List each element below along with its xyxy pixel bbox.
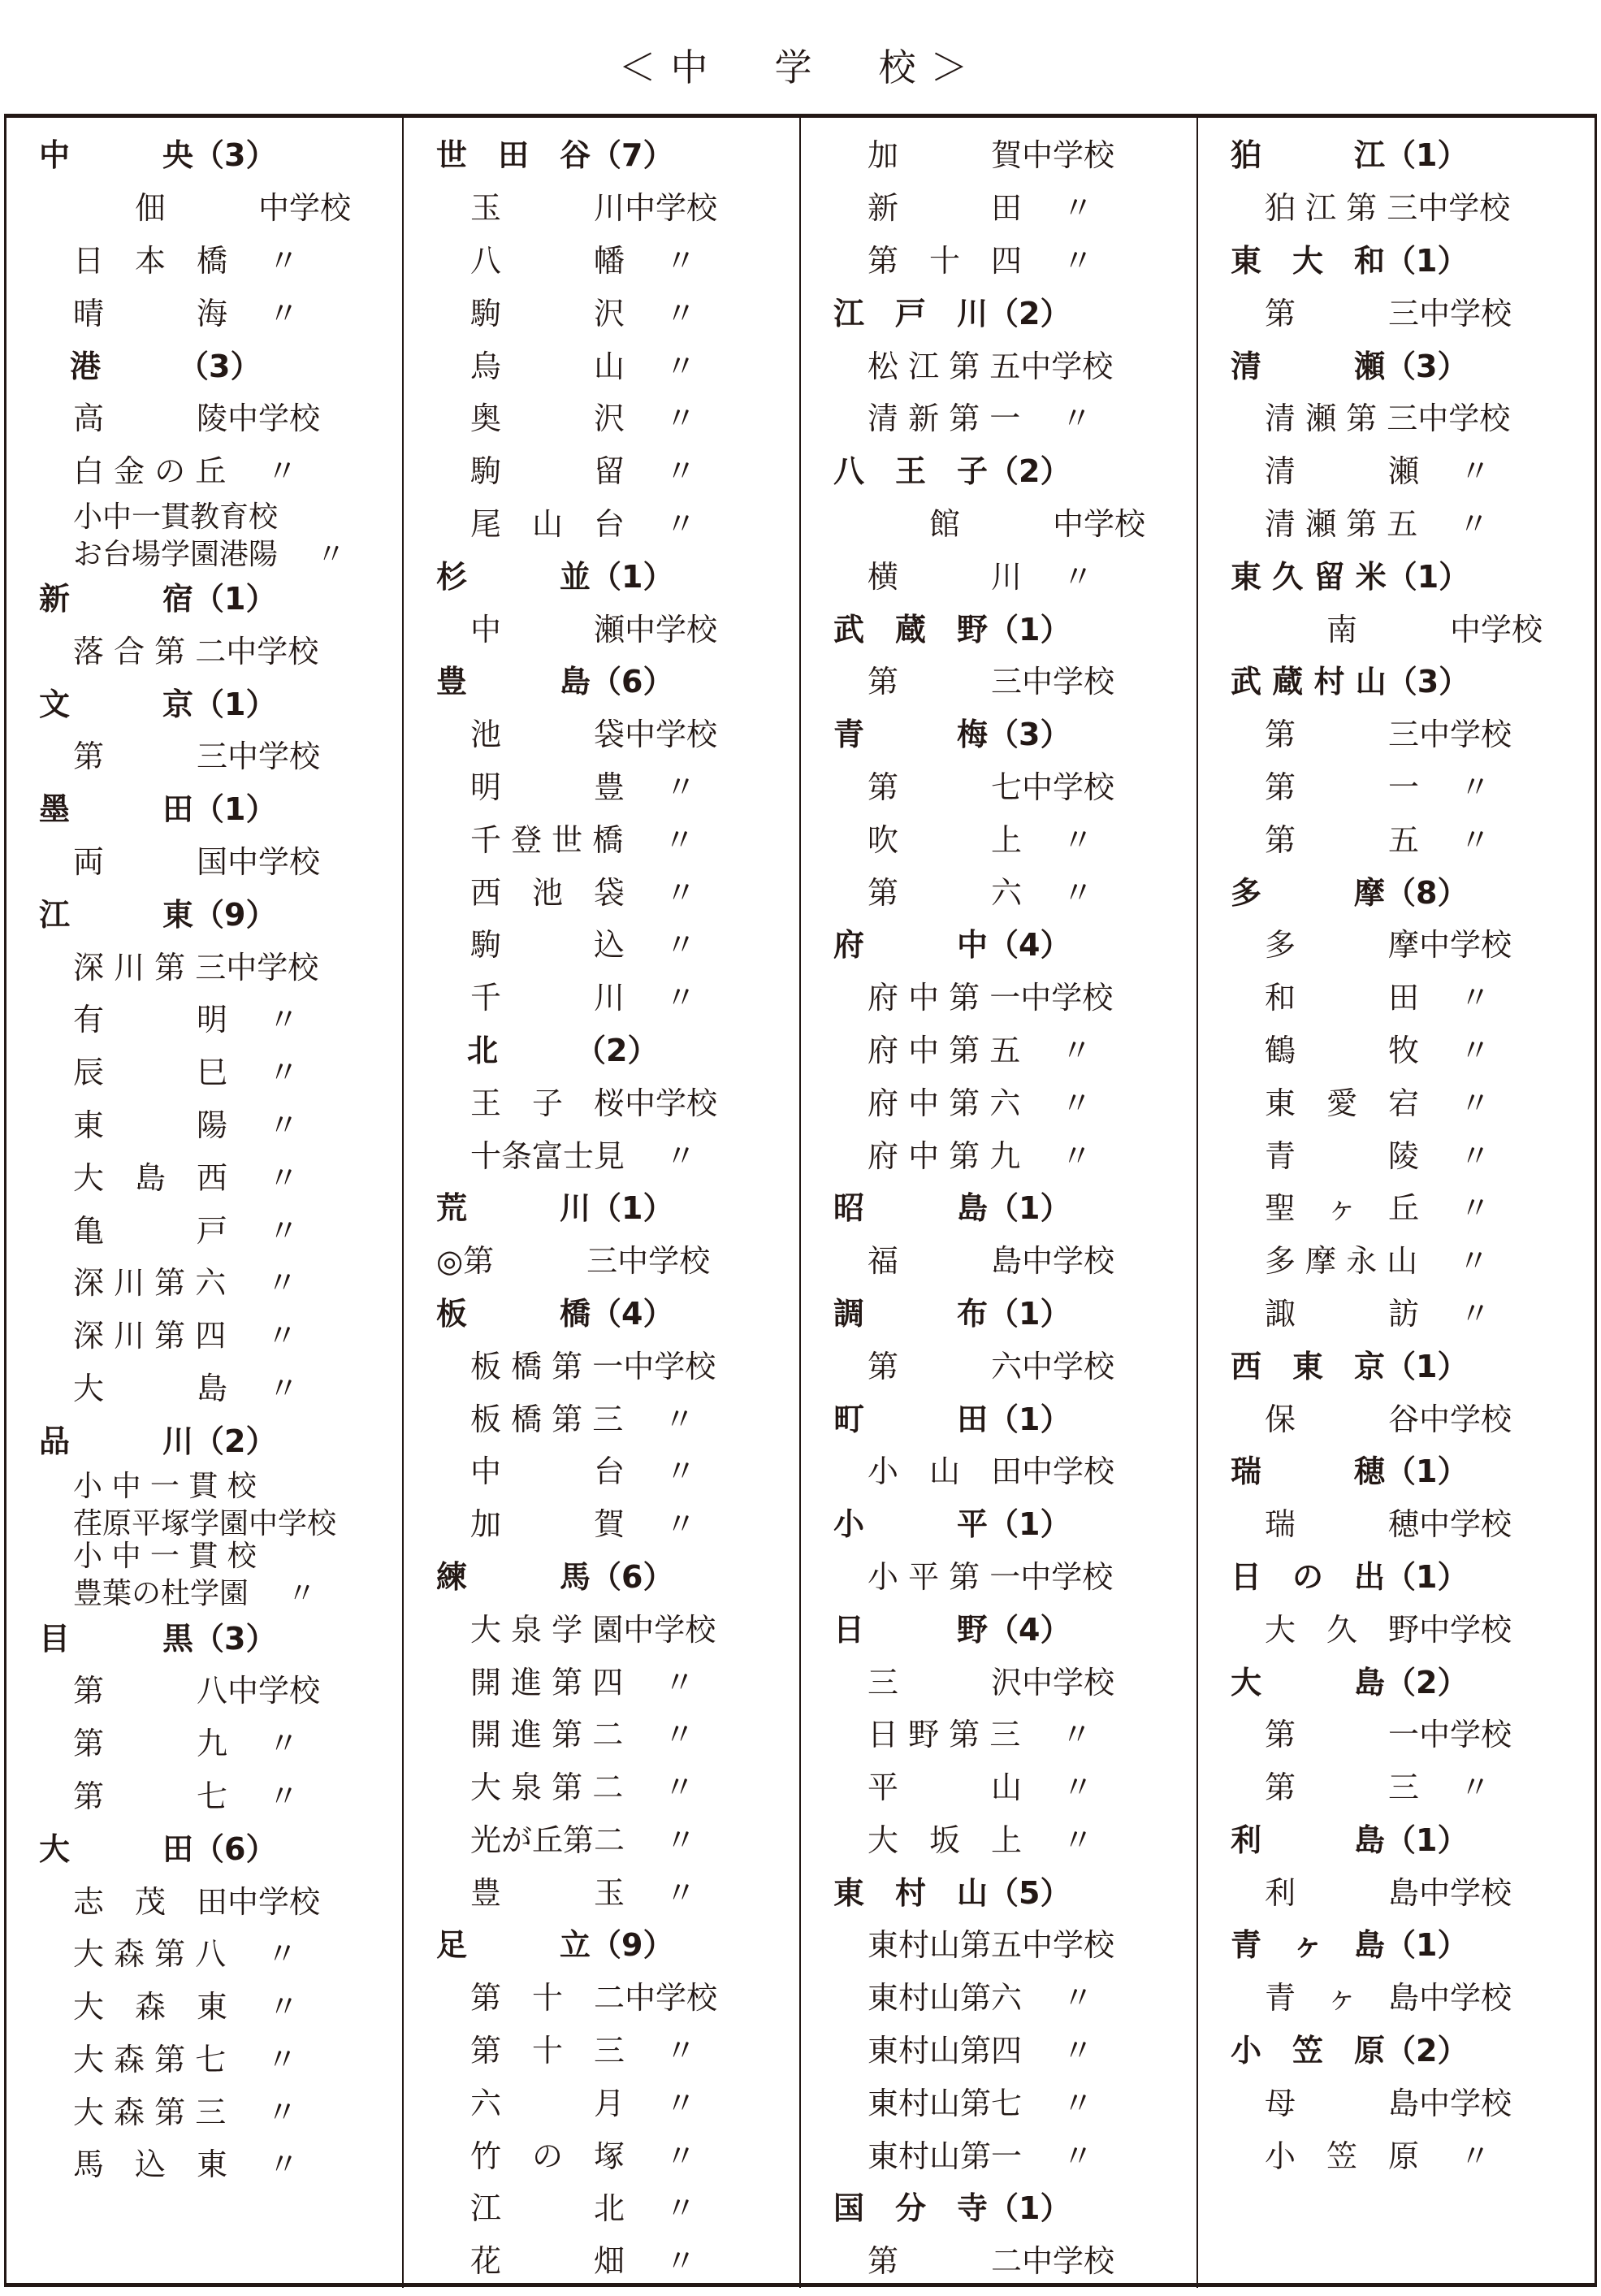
school-row: 平 山 〃 (801, 1761, 1196, 1814)
school-row: 小 山 田中学校 (801, 1445, 1196, 1498)
district-header: 墨 田（1） (6, 783, 402, 836)
school-row: 大 森 第 三 〃 (6, 2086, 402, 2138)
school-row: 和 田 〃 (1198, 972, 1595, 1025)
district-header: 世 田 谷（7） (404, 129, 799, 182)
school-row: 竹 の 塚 〃 (404, 2129, 799, 2182)
school-row: 板 橋 第 三 〃 (404, 1393, 799, 1445)
school-row: 開 進 第 四 〃 (404, 1656, 799, 1709)
school-name-line-1: 小 中 一 貫 校 (73, 1468, 257, 1505)
school-row: 青 陵 〃 (1198, 1129, 1595, 1182)
school-row: 府 中 第 一中学校 (801, 972, 1196, 1025)
school-row: 加 賀中学校 (801, 129, 1196, 182)
school-row: 十条富士見 〃 (404, 1129, 799, 1182)
school-row: 第 三中学校 (1198, 287, 1595, 340)
district-header: 練 馬（6） (404, 1551, 799, 1604)
school-row: 大 森 東 〃 (6, 1981, 402, 2034)
school-row: 第 七中学校 (801, 761, 1196, 814)
district-header: 中 央（3） (6, 129, 402, 182)
school-row: 府 中 第 九 〃 (801, 1129, 1196, 1182)
district-header: 多 摩（8） (1198, 866, 1595, 919)
district-header: 東 久 留 米（1） (1198, 550, 1595, 603)
district-header: 杉 並（1） (404, 550, 799, 603)
school-row: 青 ヶ 島中学校 (1198, 1972, 1595, 2025)
school-row: 第 三 〃 (1198, 1761, 1595, 1814)
school-row: 横 川 〃 (801, 550, 1196, 603)
school-row: 中 瀬中学校 (404, 603, 799, 656)
school-row: 白 金 の 丘 〃 (6, 445, 402, 498)
school-row: 大 泉 学 園中学校 (404, 1603, 799, 1656)
district-header: 北 （2） (404, 1025, 799, 1077)
district-header: 板 橋（4） (404, 1288, 799, 1341)
school-row: 鶴 牧 〃 (1198, 1025, 1595, 1077)
school-row: 東村山第五中学校 (801, 1919, 1196, 1972)
school-row: 瑞 穂中学校 (1198, 1498, 1595, 1551)
district-header: 青 梅（3） (801, 708, 1196, 761)
district-header: 新 宿（1） (6, 573, 402, 626)
school-row: 第 三中学校 (1198, 708, 1595, 761)
district-header: 利 島（1） (1198, 1814, 1595, 1867)
school-row: 中 台 〃 (404, 1445, 799, 1498)
school-row: 府 中 第 五 〃 (801, 1025, 1196, 1077)
district-header: 清 瀬（3） (1198, 340, 1595, 392)
school-row: 加 賀 〃 (404, 1498, 799, 1551)
school-row: 清 瀬 第 三中学校 (1198, 392, 1595, 445)
school-row: 第 九 〃 (6, 1718, 402, 1770)
school-row: 六 月 〃 (404, 2077, 799, 2129)
school-row: 晴 海 〃 (6, 287, 402, 340)
school-row: 母 島中学校 (1198, 2077, 1595, 2129)
school-row: 館 中学校 (801, 498, 1196, 551)
district-header: 東 大 和（1） (1198, 235, 1595, 288)
school-row: 清 瀬 〃 (1198, 445, 1595, 498)
school-name-line-2: お台場学園港陽 〃 (73, 536, 345, 574)
district-header: 狛 江（1） (1198, 129, 1595, 182)
district-header: 青 ヶ 島（1） (1198, 1919, 1595, 1972)
school-row: 志 茂 田中学校 (6, 1875, 402, 1928)
school-row: 第 十 四 〃 (801, 235, 1196, 288)
school-row: 東 陽 〃 (6, 1099, 402, 1152)
district-header: 目 黒（3） (6, 1612, 402, 1665)
school-row: 烏 山 〃 (404, 340, 799, 392)
school-row: 新 田 〃 (801, 182, 1196, 235)
school-row: 福 島中学校 (801, 1235, 1196, 1288)
school-row: 日 野 第 三 〃 (801, 1709, 1196, 1761)
district-header: 小 笠 原（2） (1198, 2025, 1595, 2077)
school-row: 大 島 〃 (6, 1362, 402, 1415)
school-row: 小 笠 原 〃 (1198, 2129, 1595, 2182)
school-row: 南 中学校 (1198, 603, 1595, 656)
district-header: 日 の 出（1） (1198, 1551, 1595, 1604)
school-row: 府 中 第 六 〃 (801, 1077, 1196, 1129)
school-row: 小 中 一 貫 校豊葉の杜学園 〃 (6, 1544, 402, 1607)
district-header: 文 京（1） (6, 678, 402, 730)
district-header: 東 村 山（5） (801, 1866, 1196, 1919)
school-row: 花 畑 〃 (404, 2235, 799, 2288)
school-row: 八 幡 〃 (404, 235, 799, 288)
school-name-line-1: 小中一貫教育校 (73, 499, 278, 536)
school-row: 大 泉 第 二 〃 (404, 1761, 799, 1814)
school-table: 中 央（3） 佃 中学校日 本 橋 〃晴 海 〃 港 （3）高 陵中学校白 金 … (4, 114, 1597, 2287)
district-header: 調 布（1） (801, 1288, 1196, 1341)
district-header: 荒 川（1） (404, 1182, 799, 1235)
school-row: 大 島 西 〃 (6, 1151, 402, 1204)
school-row: 第 十 三 〃 (404, 2025, 799, 2077)
school-row: 多 摩中学校 (1198, 919, 1595, 972)
school-row: 亀 戸 〃 (6, 1204, 402, 1257)
school-row: 第 八中学校 (6, 1665, 402, 1718)
district-header: 日 野（4） (801, 1603, 1196, 1656)
school-row-marked: ◎第 三中学校 (404, 1235, 799, 1288)
school-row: 清 瀬 第 五 〃 (1198, 498, 1595, 551)
school-row: 東村山第四 〃 (801, 2025, 1196, 2077)
district-header: 武 蔵 野（1） (801, 603, 1196, 656)
school-row: 高 陵中学校 (6, 392, 402, 445)
school-row: 日 本 橋 〃 (6, 235, 402, 288)
school-row: 駒 沢 〃 (404, 287, 799, 340)
school-row: 池 袋中学校 (404, 708, 799, 761)
school-row: 清 新 第 一 〃 (801, 392, 1196, 445)
school-row: 尾 山 台 〃 (404, 498, 799, 551)
school-row: 東 愛 宕 〃 (1198, 1077, 1595, 1129)
school-row: 王 子 桜中学校 (404, 1077, 799, 1129)
district-header: 西 東 京（1） (1198, 1340, 1595, 1393)
school-row: 開 進 第 二 〃 (404, 1709, 799, 1761)
school-row: 第 三中学校 (801, 656, 1196, 708)
school-row: 豊 玉 〃 (404, 1866, 799, 1919)
school-row: 第 七 〃 (6, 1770, 402, 1823)
district-header: 足 立（9） (404, 1919, 799, 1972)
school-row: 両 国中学校 (6, 836, 402, 889)
school-name-line-2: 豊葉の杜学園 〃 (73, 1575, 316, 1613)
school-row: 奥 沢 〃 (404, 392, 799, 445)
school-row: 利 島中学校 (1198, 1866, 1595, 1919)
school-row: 明 豊 〃 (404, 761, 799, 814)
school-name-line-1: 小 中 一 貫 校 (73, 1538, 257, 1575)
school-row: 三 沢中学校 (801, 1656, 1196, 1709)
district-header: 瑞 穂（1） (1198, 1445, 1595, 1498)
column-3: 加 賀中学校新 田 〃第 十 四 〃江 戸 川（2）松 江 第 五中学校清 新 … (801, 118, 1198, 2288)
school-row: 第 一中学校 (1198, 1709, 1595, 1761)
school-row: 小 中 一 貫 校荏原平塚学園中学校 (6, 1474, 402, 1537)
school-row: 第 三中学校 (6, 730, 402, 783)
school-row: 大 森 第 八 〃 (6, 1928, 402, 1981)
district-header: 江 戸 川（2） (801, 287, 1196, 340)
school-row: 深 川 第 三中学校 (6, 941, 402, 994)
district-header: 武 蔵 村 山（3） (1198, 656, 1595, 708)
page-title: ＜中 学 校＞ (0, 39, 1601, 96)
school-row: 多 摩 永 山 〃 (1198, 1235, 1595, 1288)
school-row: 深 川 第 四 〃 (6, 1310, 402, 1362)
school-row: 佃 中学校 (6, 182, 402, 235)
district-header: 品 川（2） (6, 1414, 402, 1467)
school-row: 東村山第一 〃 (801, 2129, 1196, 2182)
school-row: 第 一 〃 (1198, 761, 1595, 814)
school-row: 江 北 〃 (404, 2182, 799, 2235)
column-4: 狛 江（1）狛 江 第 三中学校東 大 和（1）第 三中学校清 瀬（3）清 瀬 … (1198, 118, 1595, 2288)
school-row: 第 五 〃 (1198, 813, 1595, 866)
school-row: 保 谷中学校 (1198, 1393, 1595, 1445)
column-2: 世 田 谷（7）玉 川中学校八 幡 〃駒 沢 〃烏 山 〃奥 沢 〃駒 留 〃尾… (404, 118, 801, 2288)
school-row: 有 明 〃 (6, 994, 402, 1046)
school-row: 狛 江 第 三中学校 (1198, 182, 1595, 235)
school-row: 玉 川中学校 (404, 182, 799, 235)
school-row: 千 登 世 橋 〃 (404, 813, 799, 866)
school-row: 西 池 袋 〃 (404, 866, 799, 919)
school-row: 東村山第六 〃 (801, 1972, 1196, 2025)
district-header: 町 田（1） (801, 1393, 1196, 1445)
school-row: 第 六中学校 (801, 1340, 1196, 1393)
school-row: 千 川 〃 (404, 972, 799, 1025)
district-header: 八 王 子（2） (801, 445, 1196, 498)
district-header: 大 田（6） (6, 1822, 402, 1875)
school-row: 第 十 二中学校 (404, 1972, 799, 2025)
district-header: 港 （3） (6, 340, 402, 392)
school-row: 駒 留 〃 (404, 445, 799, 498)
school-row: 大 森 第 七 〃 (6, 2034, 402, 2086)
column-1: 中 央（3） 佃 中学校日 本 橋 〃晴 海 〃 港 （3）高 陵中学校白 金 … (6, 118, 404, 2288)
school-row: 落 合 第 二中学校 (6, 625, 402, 678)
school-row: 吹 上 〃 (801, 813, 1196, 866)
school-row: 辰 巳 〃 (6, 1046, 402, 1099)
school-row: 第 六 〃 (801, 866, 1196, 919)
school-row: 松 江 第 五中学校 (801, 340, 1196, 392)
district-header: 江 東（9） (6, 888, 402, 941)
school-row: 馬 込 東 〃 (6, 2138, 402, 2191)
school-row: 光が丘第二 〃 (404, 1814, 799, 1867)
school-row: 第 二中学校 (801, 2235, 1196, 2288)
school-row: 駒 込 〃 (404, 919, 799, 972)
school-row: 小中一貫教育校お台場学園港陽 〃 (6, 505, 402, 568)
district-header: 小 平（1） (801, 1498, 1196, 1551)
school-row: 板 橋 第 一中学校 (404, 1340, 799, 1393)
district-header: 国 分 寺（1） (801, 2182, 1196, 2235)
district-header: 大 島（2） (1198, 1656, 1595, 1709)
school-row: 小 平 第 一中学校 (801, 1551, 1196, 1604)
school-row: 大 坂 上 〃 (801, 1814, 1196, 1867)
school-row: 東村山第七 〃 (801, 2077, 1196, 2129)
school-row: 大 久 野中学校 (1198, 1603, 1595, 1656)
school-row: 深 川 第 六 〃 (6, 1257, 402, 1310)
school-row: 諏 訪 〃 (1198, 1288, 1595, 1341)
district-header: 府 中（4） (801, 919, 1196, 972)
school-row: 聖 ヶ 丘 〃 (1198, 1182, 1595, 1235)
district-header: 豊 島（6） (404, 656, 799, 708)
district-header: 昭 島（1） (801, 1182, 1196, 1235)
